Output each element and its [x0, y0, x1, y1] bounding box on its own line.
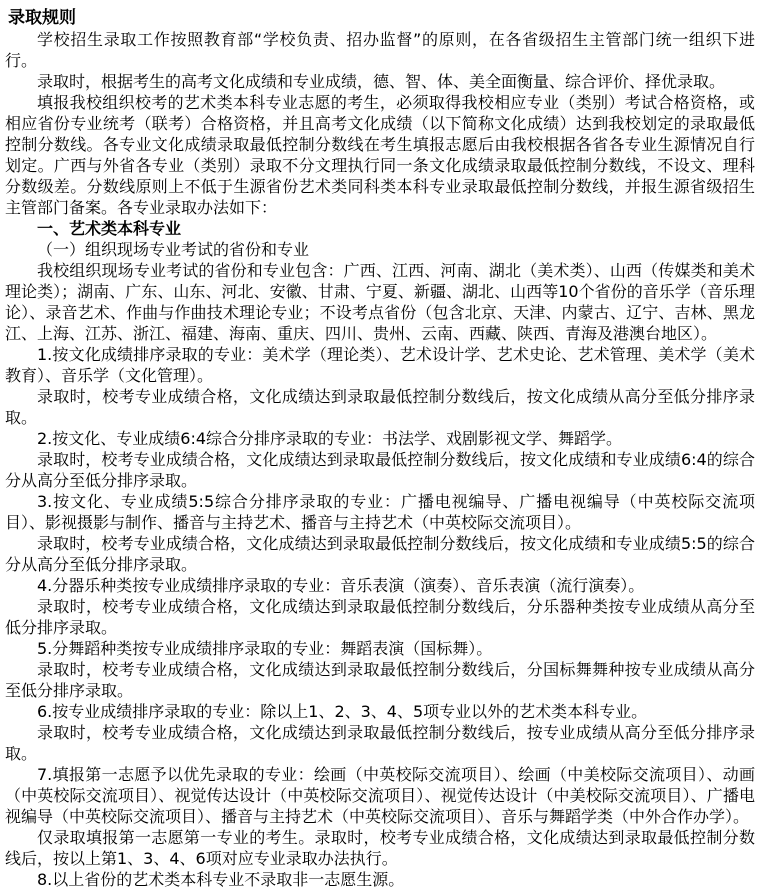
paragraph: 录取时，校考专业成绩合格，文化成绩达到录取最低控制分数线后，按专业成绩从高分至低… [5, 722, 755, 764]
paragraph: 我校组织现场专业考试的省份和专业包含：广西、江西、河南、湖北（美术类）、山西（传… [5, 260, 755, 344]
paragraph: 6.按专业成绩排序录取的专业：除以上1、2、3、4、5项专业以外的艺术类本科专业… [5, 701, 755, 722]
paragraph: 录取时，根据考生的高考文化成绩和专业成绩，德、智、体、美全面衡量、综合评价、择优… [5, 71, 755, 92]
page-title: 录取规则 [8, 7, 755, 29]
paragraph: 录取时，校考专业成绩合格，文化成绩达到录取最低控制分数线后，按文化成绩和专业成绩… [5, 533, 755, 575]
paragraph: 录取时，校考专业成绩合格，文化成绩达到录取最低控制分数线后，按文化成绩从高分至低… [5, 386, 755, 428]
document-body: 学校招生录取工作按照教育部“学校负责、招办监督”的原则，在各省级招生主管部门统一… [5, 29, 755, 890]
paragraph: 填报我校组织校考的艺术类本科专业志愿的考生，必须取得我校相应专业（类别）考试合格… [5, 92, 755, 218]
paragraph: 7.填报第一志愿予以优先录取的专业：绘画（中英校际交流项目）、绘画（中美校际交流… [5, 764, 755, 827]
paragraph: 2.按文化、专业成绩6:4综合分排序录取的专业：书法学、戏剧影视文学、舞蹈学。 [5, 428, 755, 449]
paragraph: 仅录取填报第一志愿第一专业的考生。录取时，校考专业成绩合格，文化成绩达到录取最低… [5, 827, 755, 869]
paragraph: 5.分舞蹈种类按专业成绩排序录取的专业：舞蹈表演（国标舞）。 [5, 638, 755, 659]
paragraph: 1.按文化成绩排序录取的专业：美术学（理论类）、艺术设计学、艺术史论、艺术管理、… [5, 344, 755, 386]
section-heading: 一、艺术类本科专业 [5, 218, 755, 239]
paragraph: （一）组织现场专业考试的省份和专业 [5, 239, 755, 260]
paragraph: 4.分器乐种类按专业成绩排序录取的专业：音乐表演（演奏）、音乐表演（流行演奏）。 [5, 575, 755, 596]
document: 录取规则 学校招生录取工作按照教育部“学校负责、招办监督”的原则，在各省级招生主… [0, 0, 760, 890]
paragraph: 3.按文化、专业成绩5:5综合分排序录取的专业：广播电视编导、广播电视编导（中英… [5, 491, 755, 533]
paragraph: 录取时，校考专业成绩合格，文化成绩达到录取最低控制分数线后，分乐器种类按专业成绩… [5, 596, 755, 638]
paragraph: 录取时，校考专业成绩合格，文化成绩达到录取最低控制分数线后，分国标舞舞种按专业成… [5, 659, 755, 701]
paragraph: 8.以上省份的艺术类本科专业不录取非一志愿生源。 [5, 869, 755, 890]
paragraph: 学校招生录取工作按照教育部“学校负责、招办监督”的原则，在各省级招生主管部门统一… [5, 29, 755, 71]
paragraph: 录取时，校考专业成绩合格，文化成绩达到录取最低控制分数线后，按文化成绩和专业成绩… [5, 449, 755, 491]
